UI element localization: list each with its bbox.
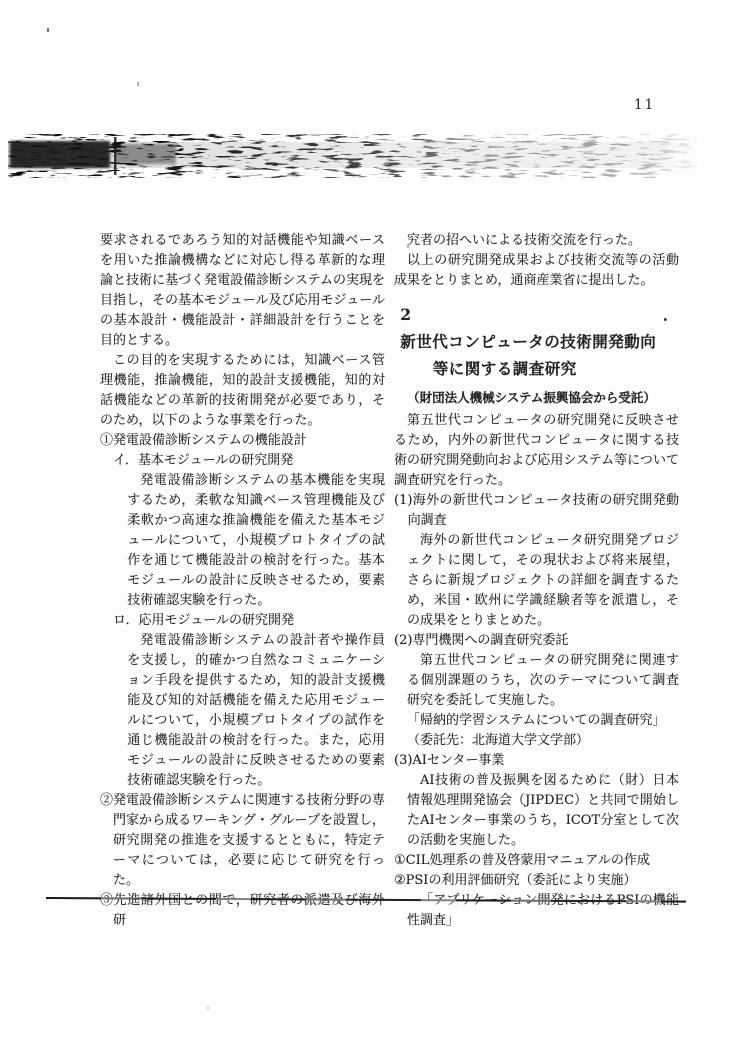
scan-specks (47, 28, 49, 32)
numbered-item-2: ②PSIの利用評価研究（委託により実施） (394, 871, 679, 891)
sub-heading-ro: ロ．応用モジュールの研究開発 (113, 611, 385, 631)
commission-subtitle: （財団法人機械システム振興協会から受託） (407, 387, 679, 409)
left-column: 要求されるであろう知的対話機能や知識ベースを用いた推論機構などに対応し得る革新的… (100, 231, 385, 931)
sub-paragraph: 発電設備診断システムの基本機能を実現するため，柔軟な知識ベース管理機能及び柔軟か… (127, 471, 385, 611)
numbered-item-2: ②発電設備診断システムに関連する技術分野の専門家から成るワーキング・グループを設… (100, 791, 385, 891)
page-number: 11 (634, 97, 655, 113)
paragraph: この目的を実現するためには，知識ベース管理機能，推論機能，知的設計支援機能，知的… (100, 351, 385, 431)
paragraph: 以上の研究開発成果および技術交流等の活動成果をとりまとめ，通商産業省に提出した。 (394, 251, 679, 291)
right-column: 究者の招へいによる技術交流を行った。以上の研究開発成果および技術交流等の活動成果… (394, 231, 679, 931)
scan-noise-graphic (8, 134, 698, 178)
paren-item-1: (1)海外の新世代コンピュータ技術の研究開発動向調査 (394, 491, 679, 531)
study-title-quote: 「帰納的学習システムについての調査研究」 (407, 711, 679, 731)
paren-item-2: (2)専門機関への調査研究委託 (394, 631, 679, 651)
section-heading-line1: 2．新世代コンピュータの技術開発動向 (400, 301, 679, 355)
sub-heading-i: イ．基本モジュールの研究開発 (113, 451, 385, 471)
sub-paragraph: 第五世代コンピュータの研究開発に関連する個別課題のうち，次のテーマについて調査研… (407, 651, 679, 711)
study-title-quote: 「アプリケーション開発におけるPSIの機能性調査」 (407, 891, 679, 931)
paragraph-continuation: 要求されるであろう知的対話機能や知識ベースを用いた推論機構などに対応し得る革新的… (100, 231, 385, 351)
scan-noise-band (8, 134, 698, 178)
sub-paragraph: 海外の新世代コンピュータ研究開発プロジェクトに関して，その現状および将来展望，さ… (407, 531, 679, 631)
paragraph: 第五世代コンピュータの研究開発に反映させるため，内外の新世代コンピュータに関する… (394, 411, 679, 491)
paren-item-3: (3)AIセンター事業 (394, 751, 679, 771)
paragraph-continuation: 究者の招へいによる技術交流を行った。 (407, 231, 679, 251)
sub-paragraph: 発電設備診断システムの設計者や操作員を支援し，的確かつ自然なコミュニケーション手… (127, 631, 385, 791)
section-heading-line2: 等に関する調査研究 (433, 355, 679, 382)
sub-paragraph: AI技術の普及振興を図るために（財）日本情報処理開発協会（JIPDEC）と共同で… (407, 771, 679, 851)
numbered-item-1: ①CIL処理系の普及啓蒙用マニュアルの作成 (394, 851, 679, 871)
scanned-document-page: 11 (0, 0, 750, 1054)
commissioned-to: （委託先：北海道大学文学部） (407, 731, 679, 751)
numbered-item-1: ①発電設備診断システムの機能設計 (100, 431, 385, 451)
